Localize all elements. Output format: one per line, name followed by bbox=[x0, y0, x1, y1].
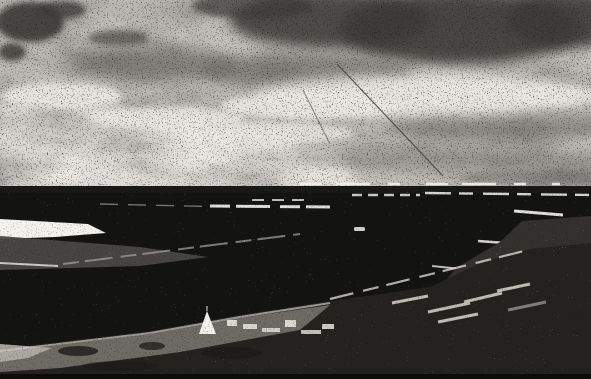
sky-grain bbox=[0, 0, 591, 192]
bottom-edge bbox=[0, 374, 591, 379]
sky bbox=[0, 0, 591, 192]
halftone-photo: Grainy black-and-white halftone photogra… bbox=[0, 0, 591, 379]
photo-canvas: Grainy black-and-white halftone photogra… bbox=[0, 0, 591, 379]
lower-grain-dark bbox=[0, 189, 591, 379]
page: Grainy black-and-white halftone photogra… bbox=[0, 0, 591, 379]
